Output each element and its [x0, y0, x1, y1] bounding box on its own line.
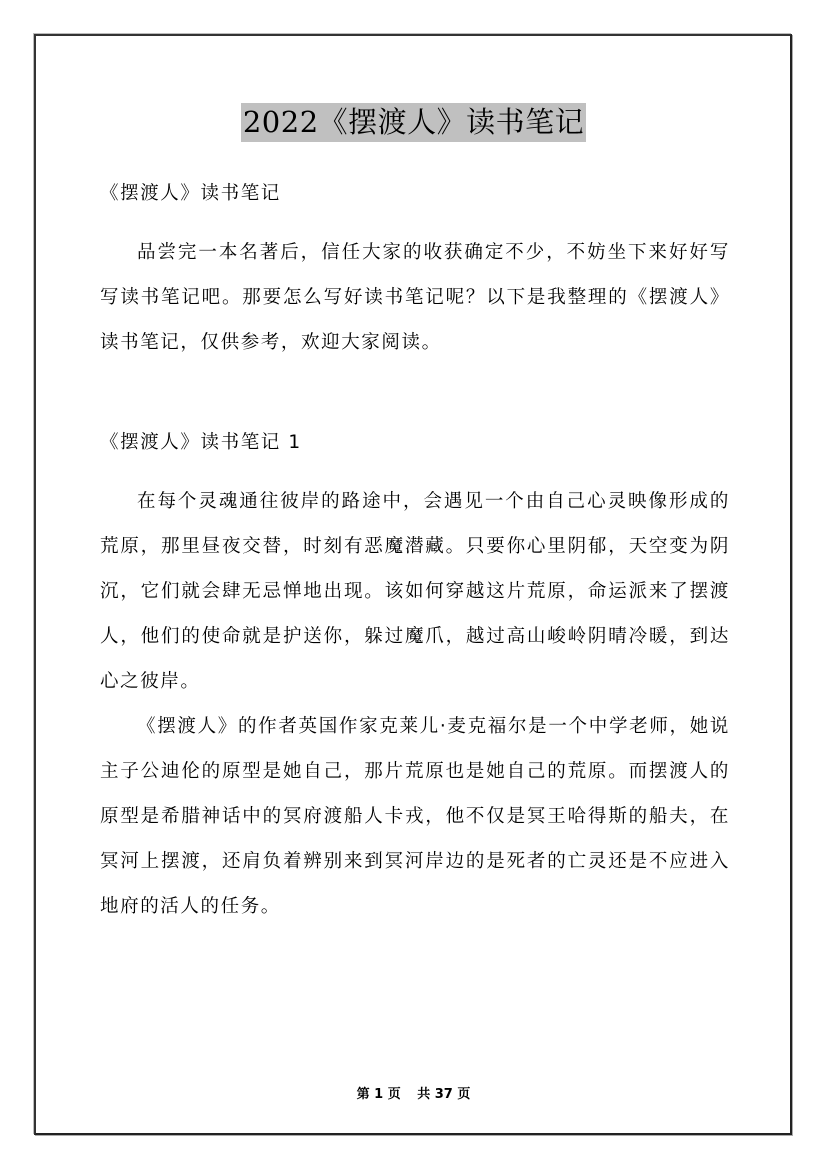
spacer — [100, 212, 730, 230]
page-footer: 第 1 页 共 37 页 — [0, 1083, 827, 1102]
spacer — [100, 365, 730, 425]
document-body: 《摆渡人》读书笔记 品尝完一本名著后，信任大家的收获确定不少，不妨坐下来好好写写… — [100, 176, 730, 929]
document-title: 2022《摆渡人》读书笔记 — [241, 103, 586, 142]
current-page-indicator: 第 1 页 — [357, 1087, 401, 1102]
spacer — [100, 461, 730, 479]
total-pages-indicator: 共 37 页 — [417, 1087, 470, 1102]
section-paragraph: 《摆渡人》的作者英国作家克莱儿·麦克福尔是一个中学老师，她说主子公迪伦的原型是她… — [100, 704, 730, 929]
section-heading: 《摆渡人》读书笔记 1 — [100, 425, 730, 461]
intro-heading: 《摆渡人》读书笔记 — [100, 176, 730, 212]
section-paragraph: 在每个灵魂通往彼岸的路途中，会遇见一个由自己心灵映像形成的荒原，那里昼夜交替，时… — [100, 479, 730, 704]
intro-paragraph: 品尝完一本名著后，信任大家的收获确定不少，不妨坐下来好好写写读书笔记吧。那要怎么… — [100, 230, 730, 365]
title-container: 2022《摆渡人》读书笔记 — [0, 103, 827, 142]
